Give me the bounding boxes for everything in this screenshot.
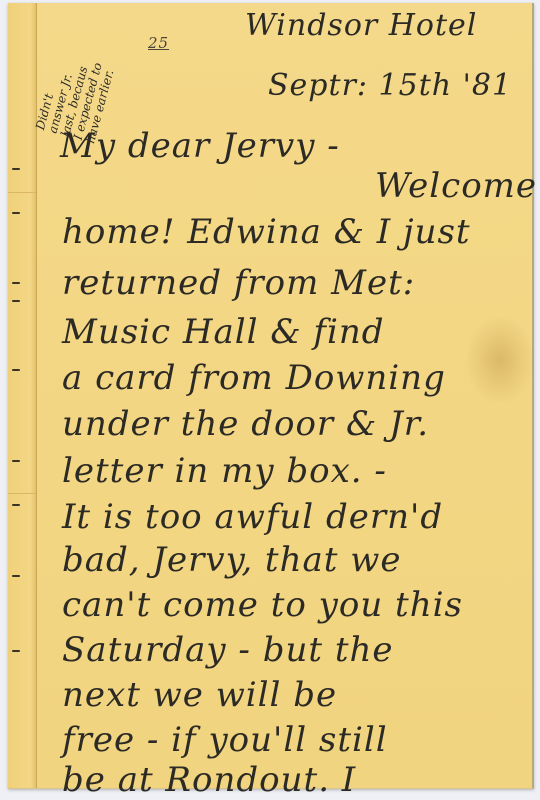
fold-crease — [8, 192, 36, 193]
body-line: It is too awful dern'd — [62, 497, 443, 537]
body-line: can't come to you this — [62, 585, 463, 625]
paper-stain — [465, 315, 535, 405]
letter-date: Septr: 15th '81 — [268, 68, 512, 103]
body-line: under the door & Jr. — [62, 404, 429, 444]
body-line: home! Edwina & I just — [62, 212, 471, 252]
margin-tick-mark — [12, 460, 20, 462]
body-line: be at Rondout. I — [62, 760, 356, 800]
body-line: Music Hall & find — [62, 312, 385, 352]
letterhead-place: Windsor Hotel — [245, 8, 477, 43]
body-line: a card from Downing — [62, 358, 446, 398]
body-line: bad, Jervy, that we — [62, 540, 401, 580]
body-line: Saturday - but the — [62, 630, 394, 670]
body-line: returned from Met: — [62, 263, 415, 303]
margin-tick-mark — [12, 282, 20, 284]
body-line: Welcome — [375, 166, 537, 206]
fold-crease — [8, 493, 36, 494]
salutation: My dear Jervy - — [60, 126, 340, 166]
margin-tick-mark — [12, 212, 20, 214]
body-line: next we will be — [62, 675, 337, 715]
margin-tick-mark — [12, 300, 20, 302]
margin-tick-mark — [12, 369, 20, 371]
margin-tick-mark — [12, 575, 20, 577]
body-line: free - if you'll still — [62, 720, 388, 760]
margin-tick-mark — [12, 650, 20, 652]
margin-tick-mark — [12, 168, 20, 170]
page-number: 25 — [148, 34, 169, 52]
left-fold-strip — [8, 3, 37, 788]
margin-tick-mark — [12, 504, 20, 506]
body-line: letter in my box. - — [62, 451, 387, 491]
